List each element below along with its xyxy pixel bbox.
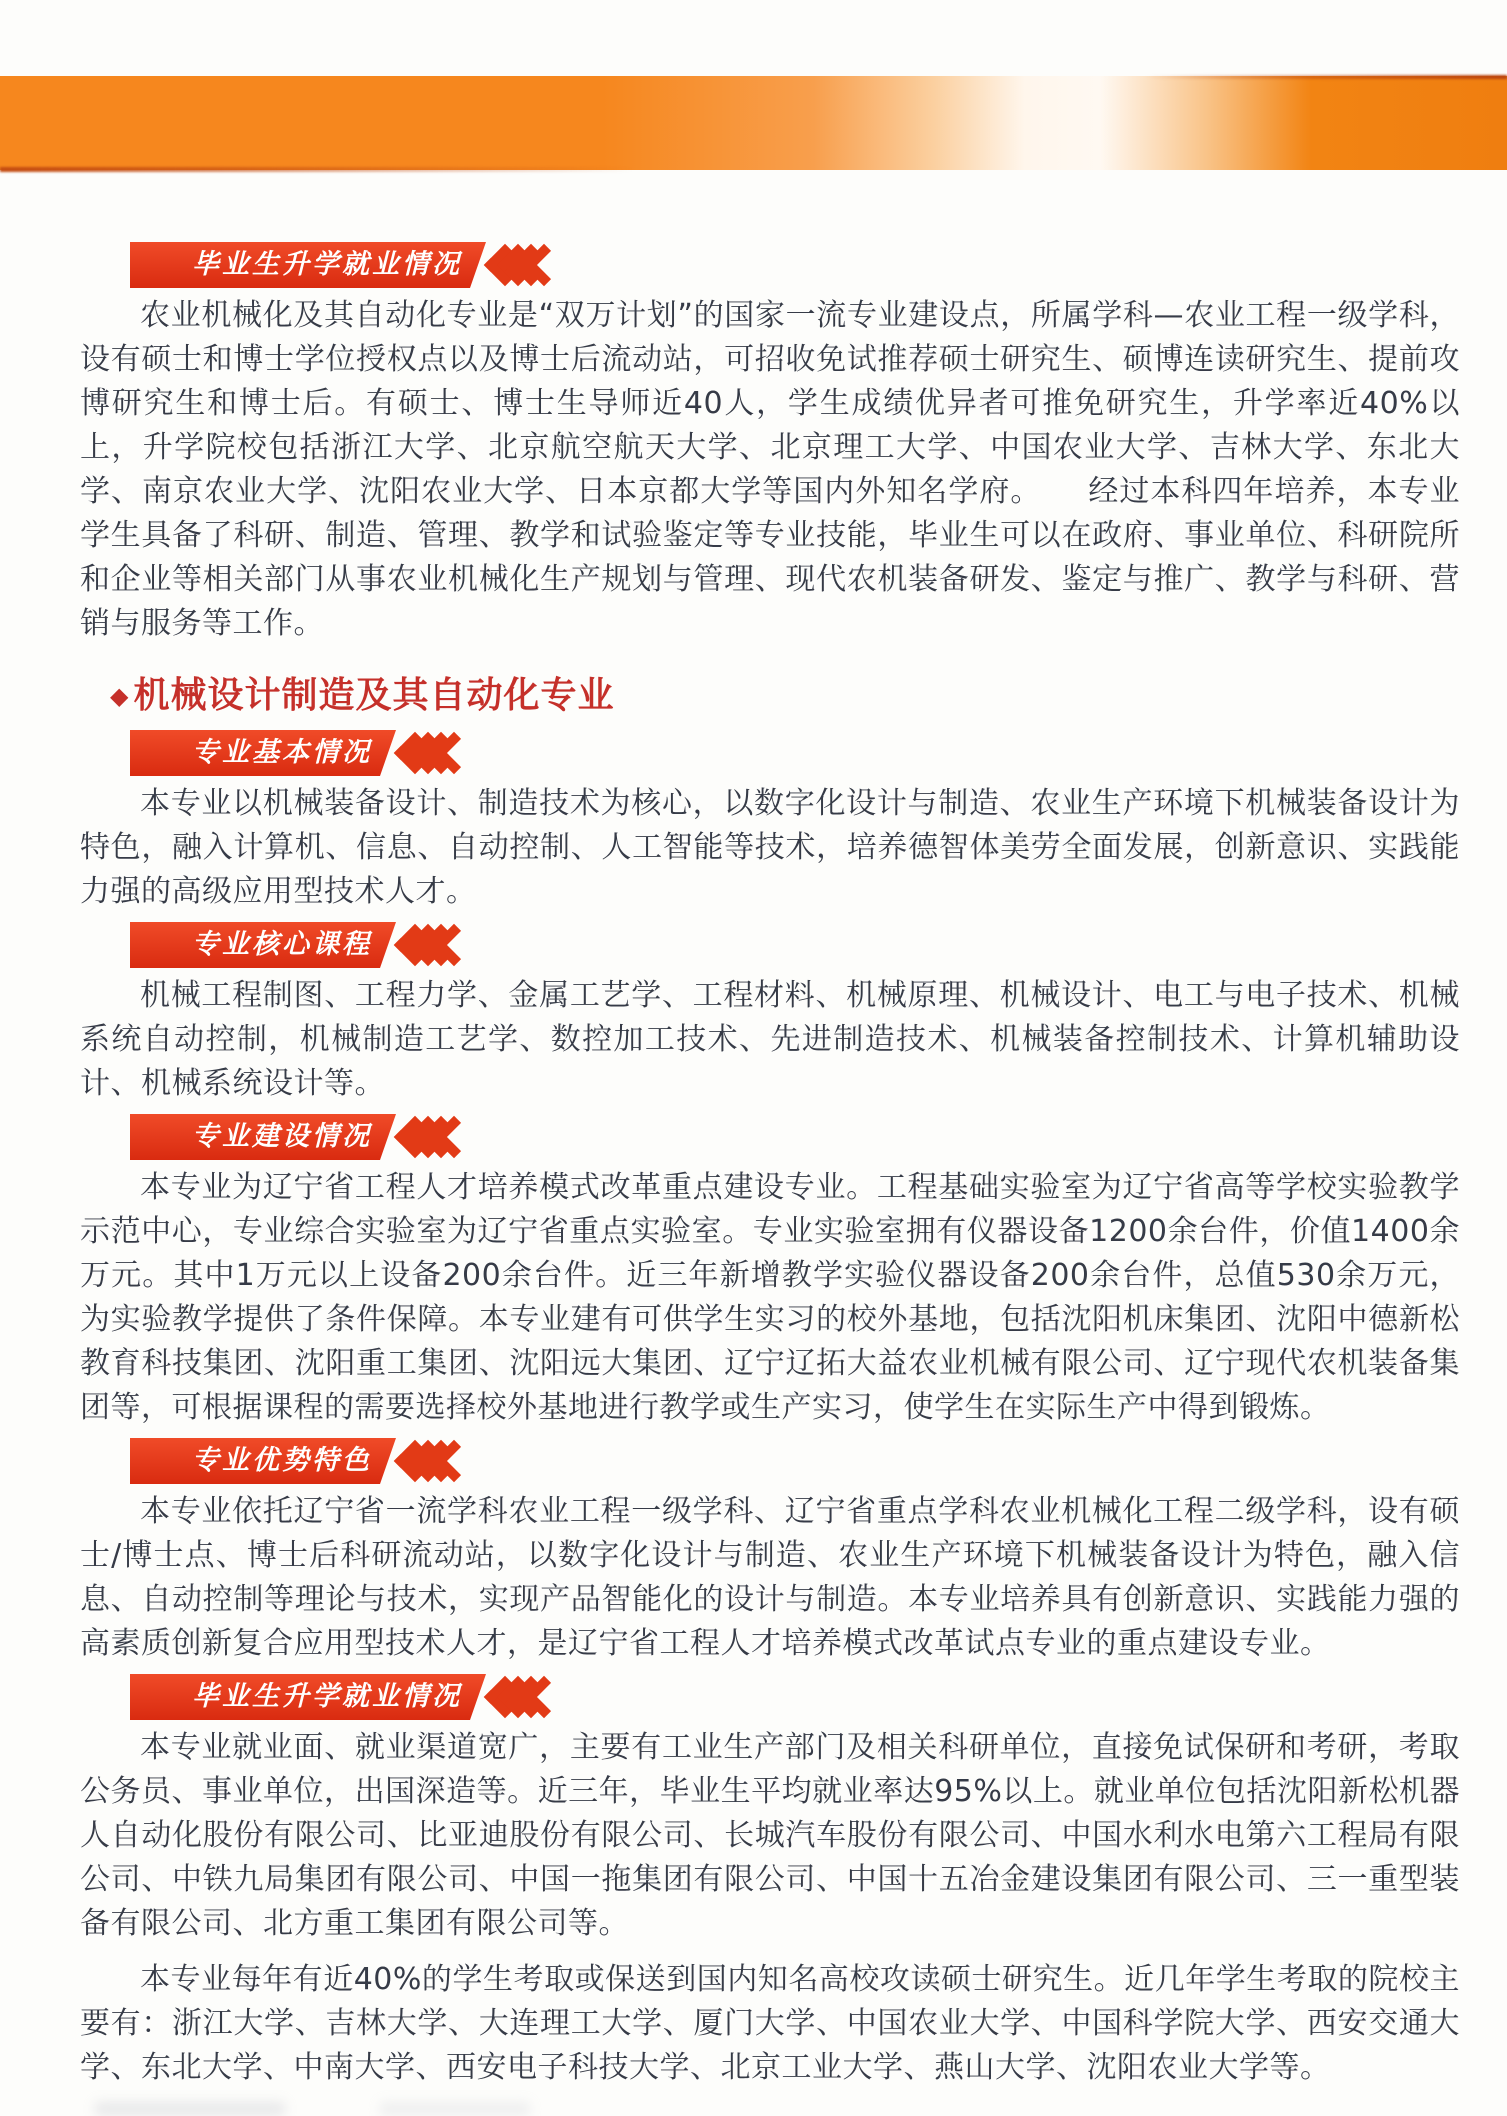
section-badge-basic-info: 专业基本情况	[130, 730, 1460, 776]
cutoff-print-smudge	[380, 2102, 530, 2116]
para-construction: 本专业为辽宁省工程人才培养模式改革重点建设专业。工程基础实验室为辽宁省高等学校实…	[80, 1166, 1460, 1430]
badge-label: 专业优势特色	[130, 1438, 396, 1484]
top-orange-banner	[0, 76, 1507, 170]
badge-label: 专业基本情况	[130, 730, 396, 776]
para-core-courses: 机械工程制图、工程力学、金属工艺学、工程材料、机械原理、机械设计、电工与电子技术…	[80, 974, 1460, 1106]
section-badge-core-courses: 专业核心课程	[130, 922, 1460, 968]
badge-label: 专业核心课程	[130, 922, 396, 968]
badge-chevrons	[394, 1122, 469, 1152]
page-content: 毕业生升学就业情况 农业机械化及其自动化专业是“双万计划”的国家一流专业建设点，…	[80, 242, 1460, 2090]
major-heading-mech-design: ◆ 机械设计制造及其自动化专业	[110, 672, 1460, 720]
badge-label: 毕业生升学就业情况	[130, 1674, 486, 1720]
para-agri-grad-employment: 农业机械化及其自动化专业是“双万计划”的国家一流专业建设点，所属学科—农业工程一…	[80, 294, 1460, 646]
badge-chevrons	[394, 1446, 469, 1476]
badge-label: 毕业生升学就业情况	[130, 242, 486, 288]
brochure-page: 毕业生升学就业情况 农业机械化及其自动化专业是“双万计划”的国家一流专业建设点，…	[0, 0, 1507, 2116]
para-advantages: 本专业依托辽宁省一流学科农业工程一级学科、辽宁省重点学科农业机械化工程二级学科，…	[80, 1490, 1460, 1666]
section-badge-construction: 专业建设情况	[130, 1114, 1460, 1160]
para-further-study: 本专业每年有近40%的学生考取或保送到国内知名高校攻读硕士研究生。近几年学生考取…	[80, 1958, 1460, 2090]
badge-chevrons	[484, 1682, 559, 1712]
major-heading-label: 机械设计制造及其自动化专业	[133, 672, 614, 720]
cutoff-print-smudge	[95, 2102, 285, 2116]
section-badge-grad-employment-2: 毕业生升学就业情况	[130, 1674, 1460, 1720]
para-employment: 本专业就业面、就业渠道宽广，主要有工业生产部门及相关科研单位，直接免试保研和考研…	[80, 1726, 1460, 1946]
badge-chevrons	[484, 250, 559, 280]
diamond-bullet-icon: ◆	[110, 672, 129, 720]
badge-chevrons	[394, 738, 469, 768]
badge-chevrons	[394, 930, 469, 960]
badge-label: 专业建设情况	[130, 1114, 396, 1160]
section-badge-grad-employment: 毕业生升学就业情况	[130, 242, 1460, 288]
section-badge-advantages: 专业优势特色	[130, 1438, 1460, 1484]
para-basic-info: 本专业以机械装备设计、制造技术为核心，以数字化设计与制造、农业生产环境下机械装备…	[80, 782, 1460, 914]
